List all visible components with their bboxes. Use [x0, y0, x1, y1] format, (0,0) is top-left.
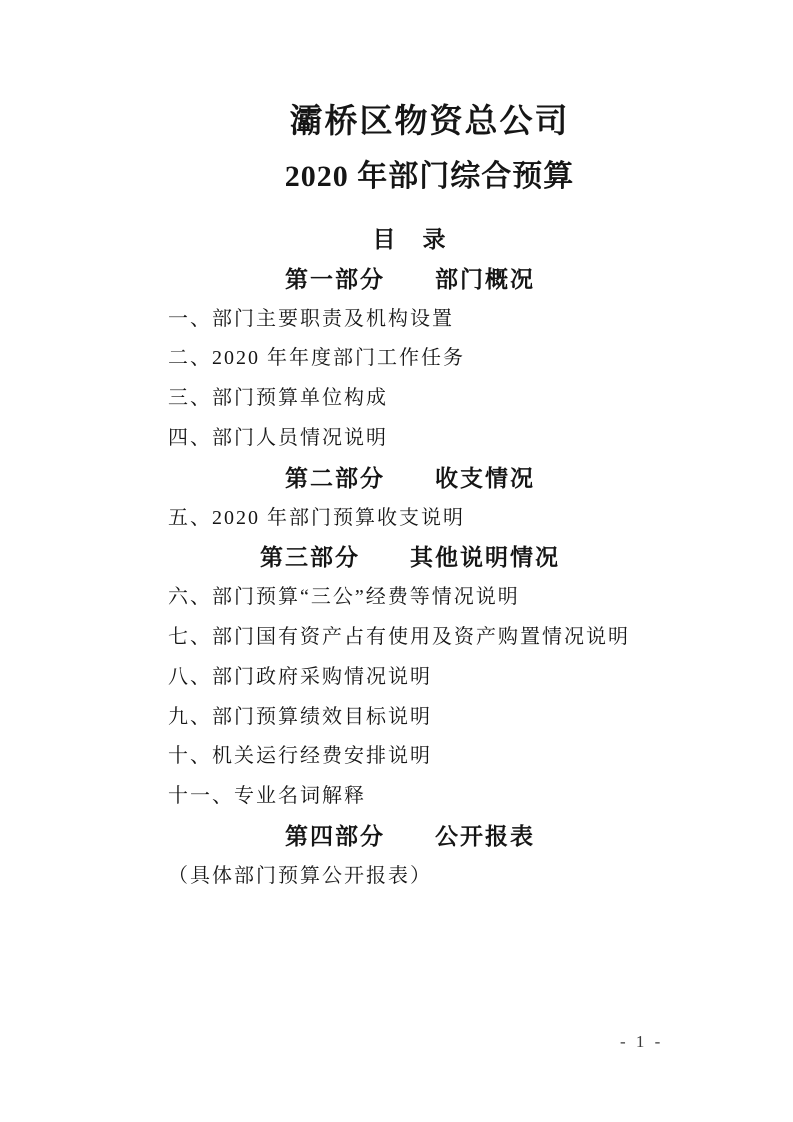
toc-item-2: 二、2020 年年度部门工作任务 — [150, 339, 670, 379]
toc-heading: 目 录 — [150, 220, 670, 260]
toc-item-3: 三、部门预算单位构成 — [150, 379, 670, 419]
page-number: - 1 - — [620, 1032, 663, 1052]
toc-section-2: 第二部分 收支情况 — [150, 459, 670, 499]
toc-section-1: 第一部分 部门概况 — [150, 260, 670, 300]
toc-item-4: 四、部门人员情况说明 — [150, 419, 670, 459]
toc-item-5: 五、2020 年部门预算收支说明 — [150, 499, 670, 539]
title-line-1: 灞桥区物资总公司 — [66, 95, 793, 142]
toc-section-4: 第四部分 公开报表 — [150, 817, 670, 857]
toc-item-11: 十一、专业名词解释 — [150, 777, 670, 817]
document-title: 灞桥区物资总公司 2020 年部门综合预算 — [0, 95, 793, 195]
toc-section-3: 第三部分 其他说明情况 — [150, 538, 670, 578]
toc-item-8: 八、部门政府采购情况说明 — [150, 658, 670, 698]
toc-item-7: 七、部门国有资产占有使用及资产购置情况说明 — [150, 618, 670, 658]
table-of-contents: 目 录 第一部分 部门概况 一、部门主要职责及机构设置 二、2020 年年度部门… — [150, 220, 670, 897]
toc-note-report-tables: （具体部门预算公开报表） — [150, 857, 670, 897]
toc-item-1: 一、部门主要职责及机构设置 — [150, 300, 670, 340]
toc-item-9: 九、部门预算绩效目标说明 — [150, 698, 670, 738]
toc-item-6: 六、部门预算“三公”经费等情况说明 — [150, 578, 670, 618]
toc-item-10: 十、机关运行经费安排说明 — [150, 737, 670, 777]
document-page: 灞桥区物资总公司 2020 年部门综合预算 目 录 第一部分 部门概况 一、部门… — [0, 0, 793, 1122]
title-line-2: 2020 年部门综合预算 — [66, 151, 793, 195]
